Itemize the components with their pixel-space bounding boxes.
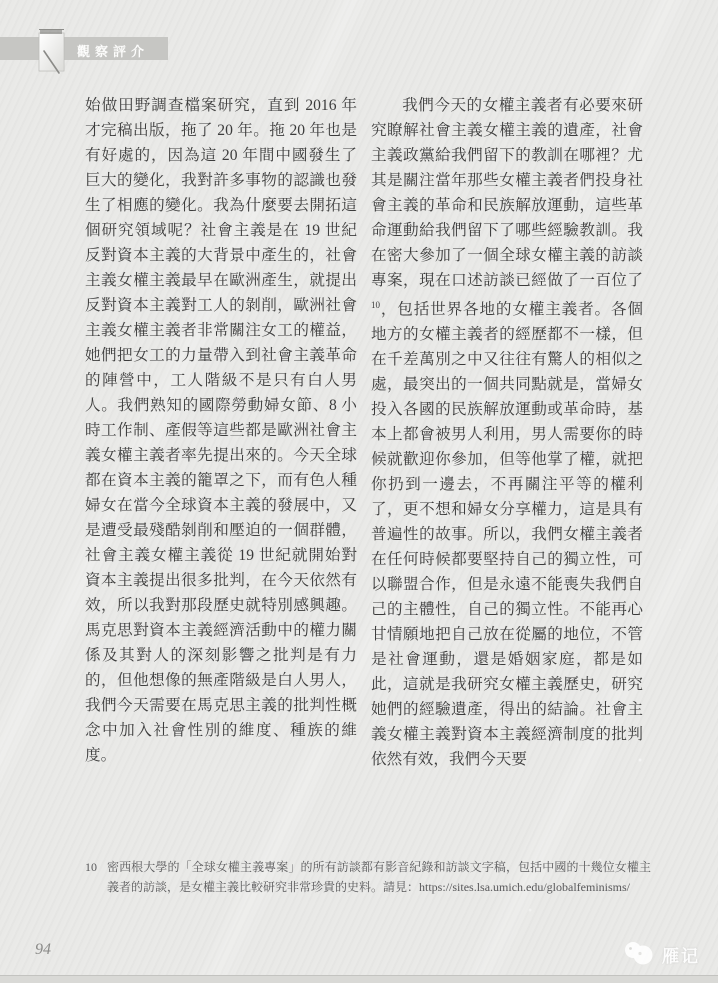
article-paragraph-left: 始做田野調查檔案研究，直到 2016 年才完稿出版，拖了 20 年。拖 20 年… <box>85 93 357 768</box>
footnote-url-link[interactable]: https://sites.lsa.umich.edu/globalfemini… <box>419 880 630 894</box>
article-column-left: 始做田野調查檔案研究，直到 2016 年才完稿出版，拖了 20 年。拖 20 年… <box>85 93 357 799</box>
watermark-text: 雁记 <box>662 942 700 967</box>
page-number: 94 <box>35 941 51 959</box>
footnote: 10密西根大學的「全球女權主義專案」的所有訪談都有影音紀錄和訪談文字稿，包括中國… <box>85 858 651 897</box>
article-column-right: 我們今天的女權主義者有必要來研究瞭解社會主義女權主義的遺產，社會主義政黨給我們留… <box>371 93 643 799</box>
paragraph-text-after-footnote-ref: ，包括世界各地的女權主義者。各個地方的女權主義者的經歷都不一樣，但在千差萬別之中… <box>371 301 643 768</box>
article-paragraph-right: 我們今天的女權主義者有必要來研究瞭解社會主義女權主義的遺產，社會主義政黨給我們留… <box>371 93 643 772</box>
footnote-number: 10 <box>85 858 97 878</box>
page-bottom-edge <box>0 975 718 983</box>
notepad-icon <box>36 27 68 77</box>
section-header-label: 觀察評介 <box>77 41 149 60</box>
publisher-watermark: 雁记 <box>623 939 700 969</box>
paragraph-text-before-footnote-ref: 我們今天的女權主義者有必要來研究瞭解社會主義女權主義的遺產，社會主義政黨給我們留… <box>371 97 643 289</box>
footnote-reference-10: 10 <box>371 300 380 310</box>
goose-logo-icon <box>623 941 657 967</box>
